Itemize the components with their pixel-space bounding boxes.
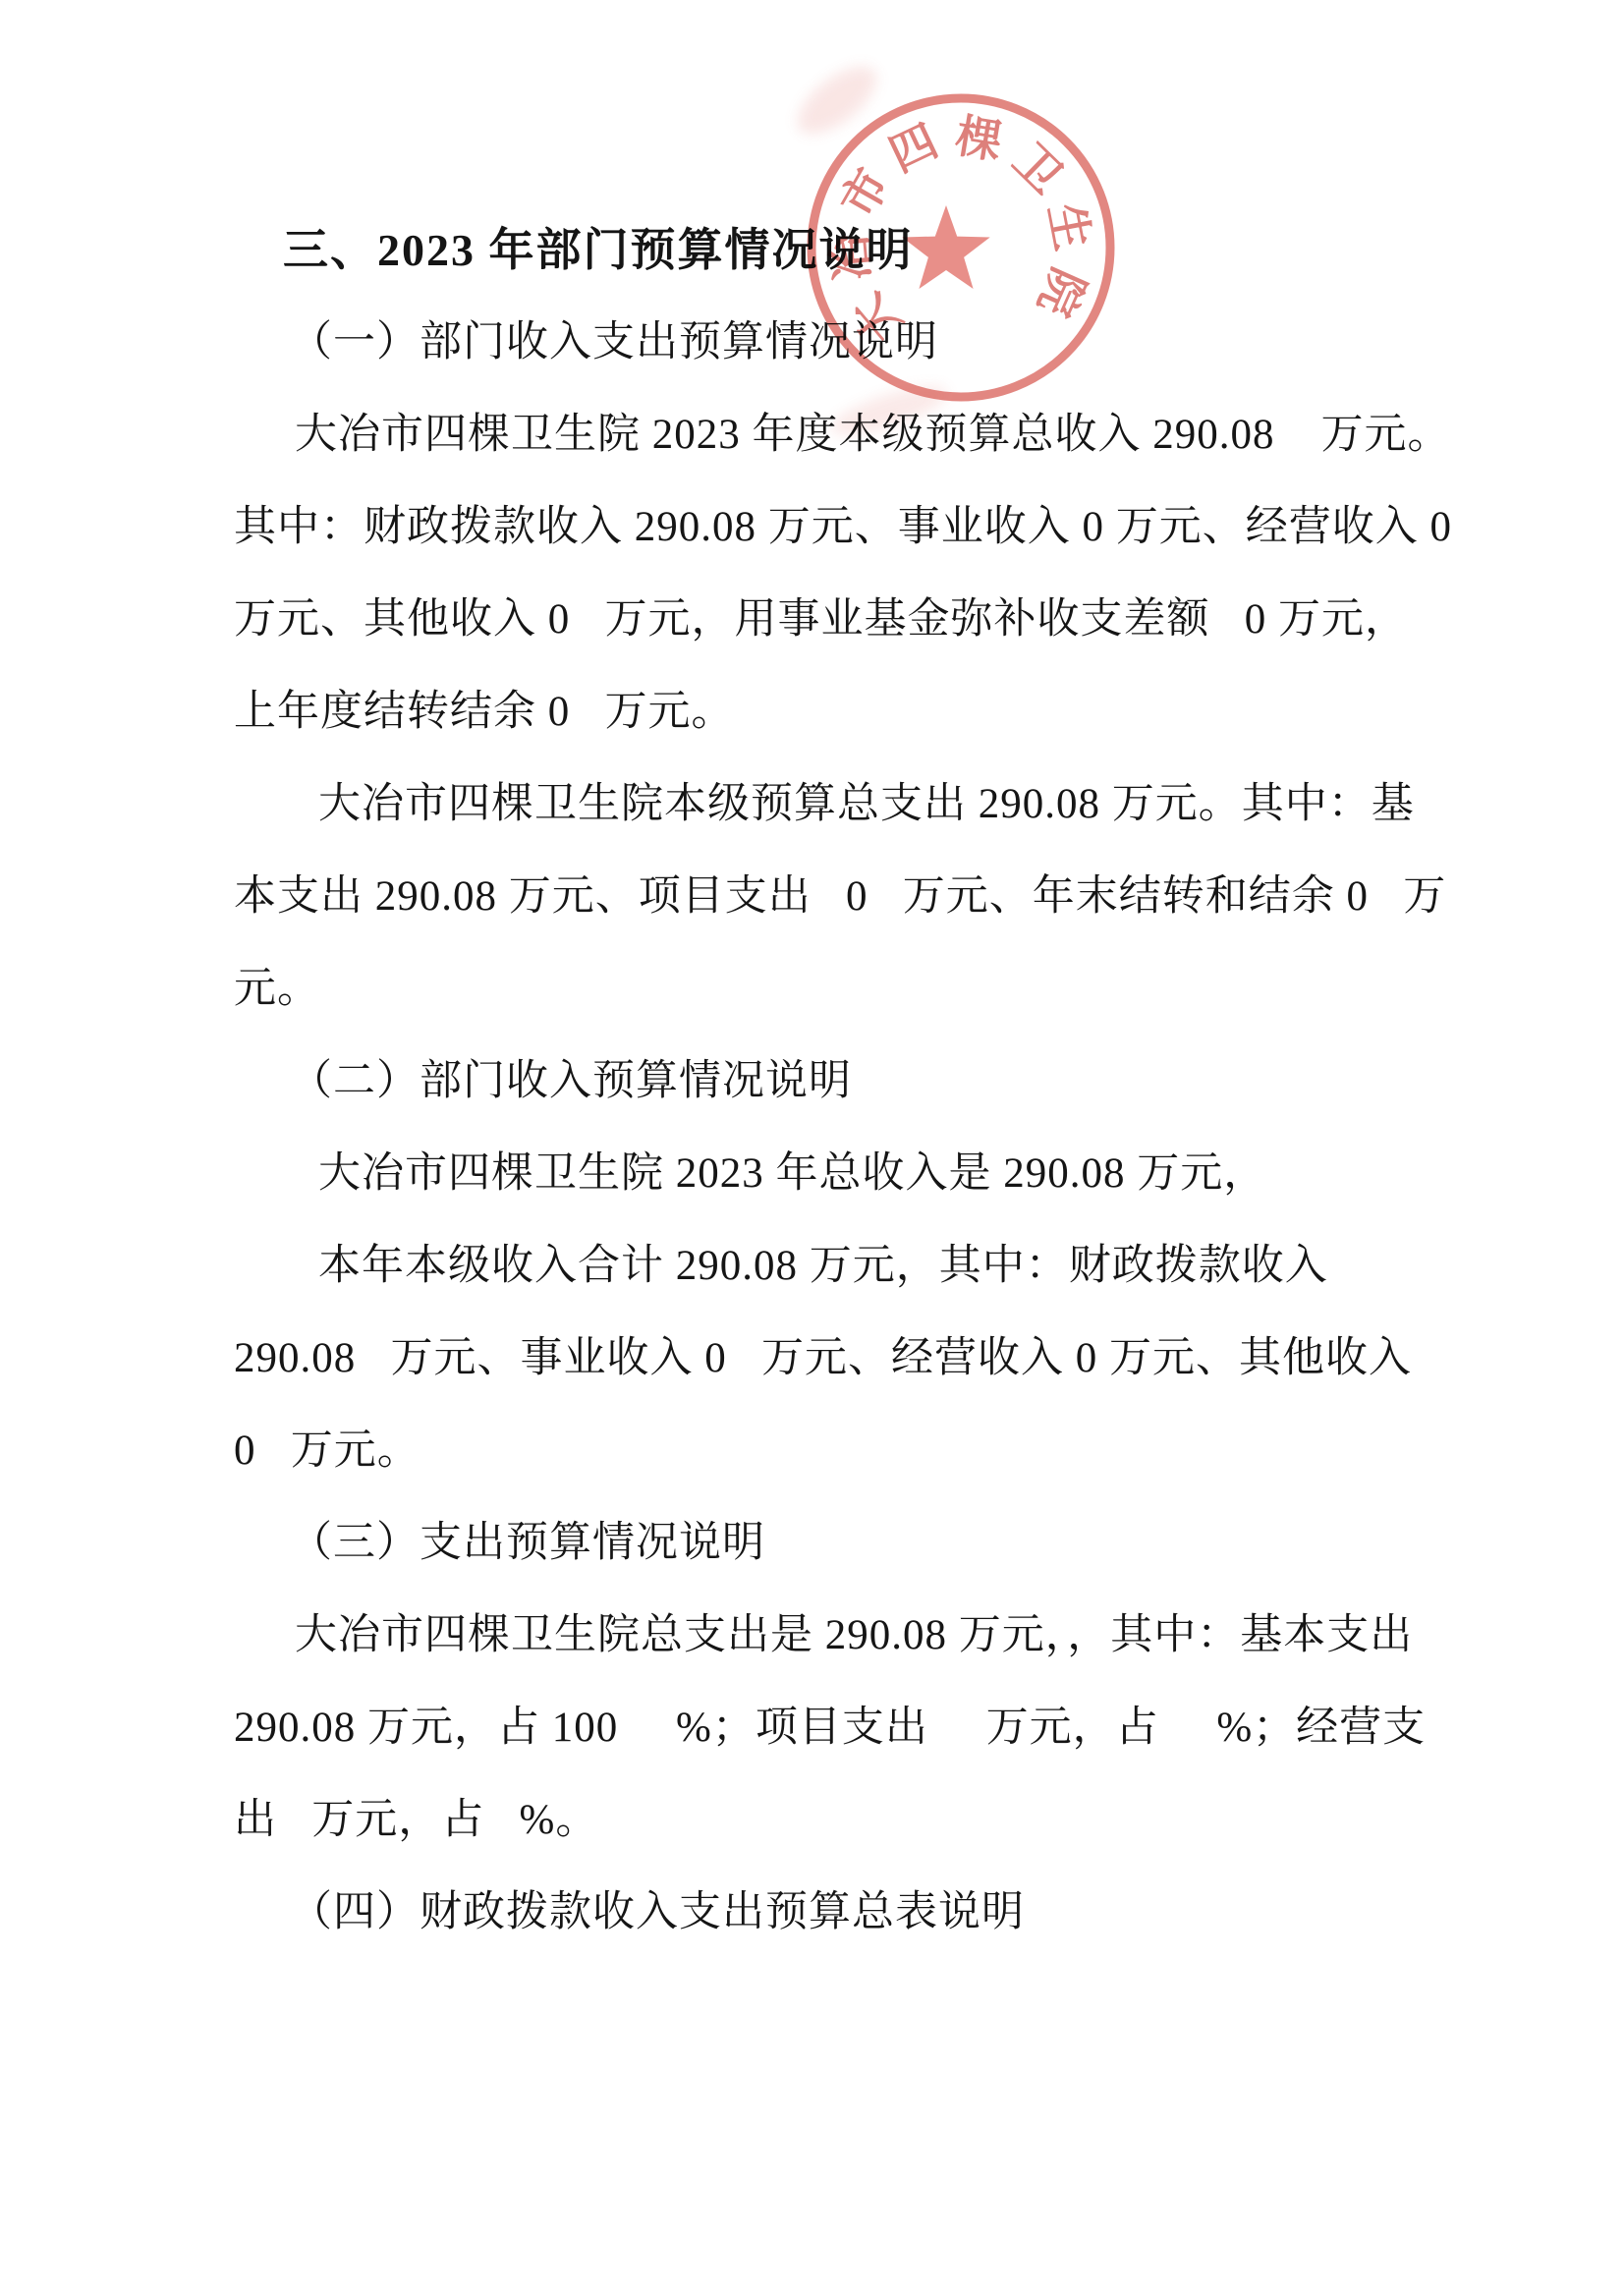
text-line: 其中：财政拨款收入 290.08 万元、事业收入 0 万元、经营收入 0	[234, 481, 1472, 574]
text-line: 大冶市四棵卫生院 2023 年度本级预算总收入 290.08 万元。	[295, 389, 1472, 481]
section-heading-3: （三）支出预算情况说明	[290, 1497, 1472, 1590]
document-page: 三、2023 年部门预算情况说明 （一）部门收入支出预算情况说明 大冶市四棵卫生…	[0, 0, 1624, 2295]
text-line: 本支出 290.08 万元、项目支出 0 万元、年末结转和结余 0 万	[234, 851, 1472, 943]
text-line: 万元、其他收入 0 万元，用事业基金弥补收支差额 0 万元，	[234, 574, 1472, 666]
text-line: 出 万元，占 %。	[234, 1774, 1472, 1867]
document-title: 三、2023 年部门预算情况说明	[283, 204, 1472, 297]
section-heading-4: （四）财政拨款收入支出预算总表说明	[290, 1867, 1472, 1959]
seal-smudge	[787, 54, 888, 146]
seal-char: 棵	[952, 111, 1006, 169]
seal-char: 四	[882, 116, 946, 182]
section-heading-2: （二）部门收入预算情况说明	[290, 1036, 1472, 1128]
section-heading-1: （一）部门收入支出预算情况说明	[290, 297, 1472, 389]
text-line: 元。	[234, 943, 1472, 1036]
text-line: 290.08 万元、事业收入 0 万元、经营收入 0 万元、其他收入	[234, 1313, 1472, 1405]
text-line: 大冶市四棵卫生院本级预算总支出 290.08 万元。其中：基	[318, 758, 1472, 851]
text-line: 本年本级收入合计 290.08 万元，其中：财政拨款收入	[318, 1220, 1472, 1313]
text-line: 290.08 万元，占 100 %；项目支出 万元，占 %；经营支	[234, 1682, 1472, 1774]
text-line: 0 万元。	[234, 1405, 1472, 1497]
document-text-block: 三、2023 年部门预算情况说明 （一）部门收入支出预算情况说明 大冶市四棵卫生…	[234, 204, 1472, 1959]
text-line: 上年度结转结余 0 万元。	[234, 666, 1472, 758]
text-line: 大冶市四棵卫生院 2023 年总收入是 290.08 万元，	[318, 1128, 1472, 1220]
seal-char: 卫	[1003, 135, 1072, 203]
text-line: 大冶市四棵卫生院总支出是 290.08 万元，，其中：基本支出	[295, 1590, 1472, 1682]
